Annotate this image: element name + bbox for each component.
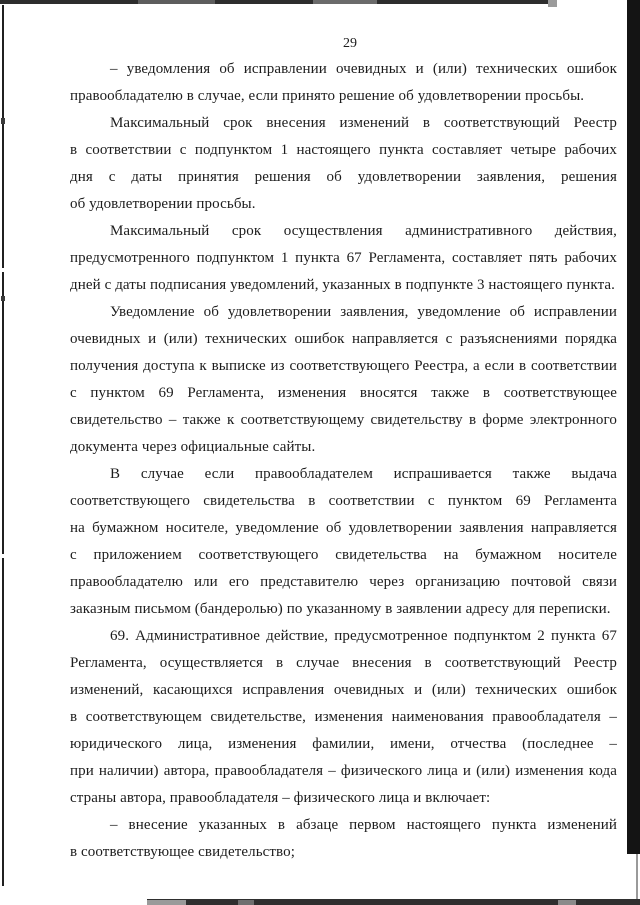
scan-artifact-left-nub xyxy=(1,296,5,301)
text-line: страны автора, правообладателя – физичес… xyxy=(70,785,617,812)
scan-artifact-left-line xyxy=(2,272,4,554)
scan-artifact-bottom-bar-segment xyxy=(147,900,186,905)
text-line: документа через официальные сайты. xyxy=(70,434,617,461)
scan-artifact-bottom-bar-segment xyxy=(558,900,576,905)
text-line: – уведомления об исправлении очевидных и… xyxy=(70,56,617,83)
text-line: Максимальный срок осуществления админист… xyxy=(70,218,617,245)
text-line: в соответствующее свидетельство; xyxy=(70,839,617,866)
scan-artifact-left-line xyxy=(2,5,4,268)
text-line: дней с даты подписания уведомлений, указ… xyxy=(70,272,617,299)
paragraph: – внесение указанных в абзаце первом нас… xyxy=(70,812,617,866)
text-line: получения доступа к выписке из соответст… xyxy=(70,353,617,380)
text-line: предусмотренного подпунктом 1 пункта 67 … xyxy=(70,245,617,272)
text-line: Регламента, осуществляется в случае внес… xyxy=(70,650,617,677)
paragraph: В случае если правообладателем испрашива… xyxy=(70,461,617,623)
text-line: очевидных и (или) технических ошибок нап… xyxy=(70,326,617,353)
paragraph: 69. Административное действие, предусмот… xyxy=(70,623,617,812)
text-line: В случае если правообладателем испрашива… xyxy=(70,461,617,488)
text-line: 69. Административное действие, предусмот… xyxy=(70,623,617,650)
text-line: с приложением соответствующего свидетель… xyxy=(70,542,617,569)
page-number: 29 xyxy=(70,36,630,52)
scan-artifact-right-thin-line xyxy=(636,854,638,905)
text-line: юридического лица, изменения фамилии, им… xyxy=(70,731,617,758)
text-line: правообладателю в случае, если принято р… xyxy=(70,83,617,110)
paragraph: Максимальный срок осуществления админист… xyxy=(70,218,617,299)
scan-artifact-left-line xyxy=(2,558,4,886)
text-line: Уведомление об удовлетворении заявления,… xyxy=(70,299,617,326)
scan-artifact-top-bar-segment xyxy=(138,0,215,4)
scan-artifact-top-bar xyxy=(0,0,552,4)
text-line: – внесение указанных в абзаце первом нас… xyxy=(70,812,617,839)
text-line: свидетельство – также к соответствующему… xyxy=(70,407,617,434)
scan-artifact-right-strip xyxy=(627,0,640,854)
paragraph: Уведомление об удовлетворении заявления,… xyxy=(70,299,617,461)
text-line: на бумажном носителе, уведомление об удо… xyxy=(70,515,617,542)
text-line: Максимальный срок внесения изменений в с… xyxy=(70,110,617,137)
scan-artifact-bottom-bar-segment xyxy=(238,900,254,905)
paragraph: Максимальный срок внесения изменений в с… xyxy=(70,110,617,218)
text-line: соответствующего свидетельства в соответ… xyxy=(70,488,617,515)
text-line: в соответствующем свидетельстве, изменен… xyxy=(70,704,617,731)
paragraph: – уведомления об исправлении очевидных и… xyxy=(70,56,617,110)
scan-artifact-top-bar-segment xyxy=(313,0,377,4)
document-body-text: – уведомления об исправлении очевидных и… xyxy=(70,56,617,866)
scan-artifact-left-nub xyxy=(1,118,5,124)
text-line: в соответствии с подпунктом 1 настоящего… xyxy=(70,137,617,164)
text-line: дня с даты принятия решения об удовлетво… xyxy=(70,164,617,191)
scan-artifact-top-bar-cap xyxy=(548,0,557,7)
text-line: об удовлетворении просьбы. xyxy=(70,191,617,218)
text-line: заказным письмом (бандеролью) по указанн… xyxy=(70,596,617,623)
text-line: с пунктом 69 Регламента, изменения внося… xyxy=(70,380,617,407)
text-line: изменений, касающихся исправления очевид… xyxy=(70,677,617,704)
text-line: при наличии) автора, правообладателя – ф… xyxy=(70,758,617,785)
text-line: правообладателю или его представителю че… xyxy=(70,569,617,596)
